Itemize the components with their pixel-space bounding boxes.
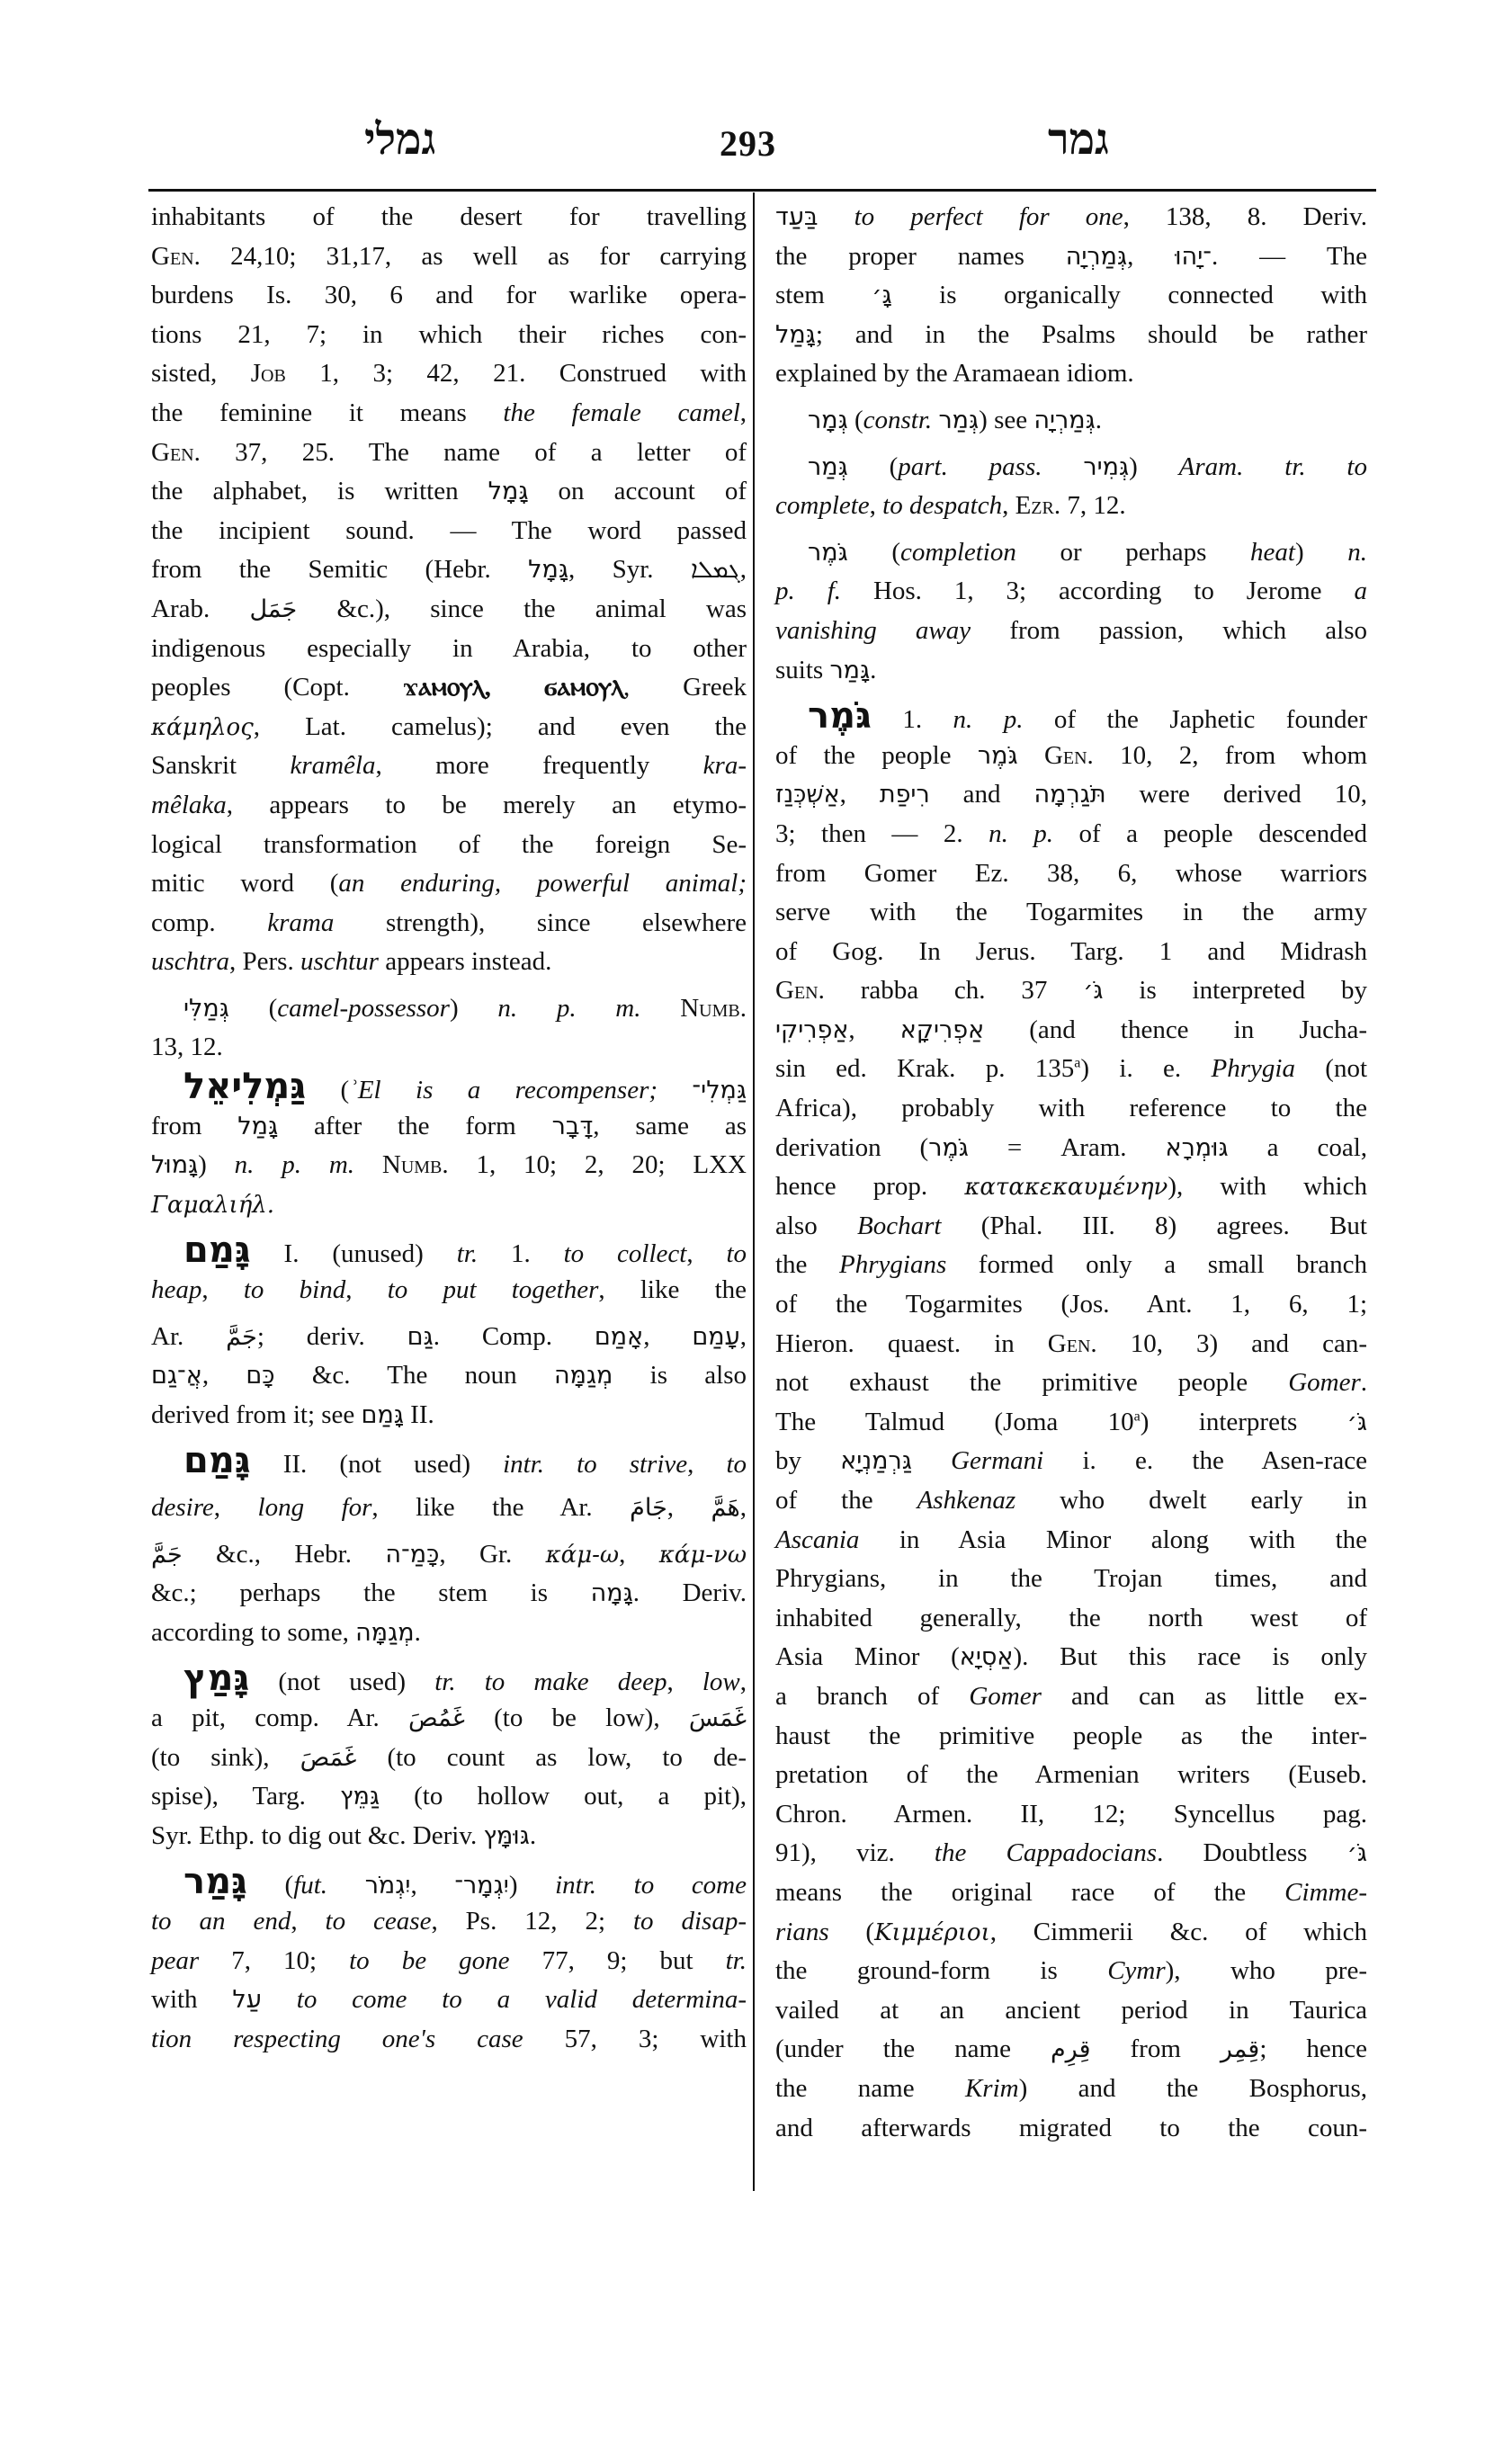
hebrew-word: גְּמִיר <box>1083 453 1129 481</box>
greek-word: Γαμαλιήλ. <box>151 1192 274 1219</box>
arabic-word: غَمُصَ <box>408 1704 465 1732</box>
italic-gloss: n. p. m. <box>497 994 640 1023</box>
hebrew-word: עָמַם <box>692 1323 739 1351</box>
italic-gloss: the female camel <box>503 398 739 427</box>
text-line: (under the name قِرِم from قِمِر; hence <box>775 2030 1367 2070</box>
text-run: , Cimmerii &c. of which <box>990 1918 1367 1946</box>
text-line: אַשְׁכְּנַז, רִיפַת and תֹּגַרְמָה were … <box>775 775 1367 815</box>
text-line: Hieron. quaest. in Gen. 10, 3) and can- <box>775 1325 1367 1364</box>
text-line: גָּמַם II. (not used) intr. to strive, t… <box>151 1442 747 1481</box>
text-run: the feminine it means <box>151 398 503 427</box>
text-run: , Greek <box>623 673 747 702</box>
text-line: from גָּמַל after the form דָּבָר, same … <box>151 1107 747 1147</box>
dictionary-page: גמלי 293 גמר inhabitants of the desert f… <box>0 0 1512 2450</box>
italic-gloss: to put together <box>388 1275 599 1304</box>
text-line: to an end, to cease, Ps. 12, 2; to disap… <box>151 1902 747 1942</box>
text-line: Africa), probably with reference to the <box>775 1089 1367 1129</box>
text-line: sisted, Job 1, 3; 42, 21. Construed with <box>151 354 747 394</box>
hebrew-word: אַשְׁכְּנַז <box>775 781 840 809</box>
text-line: tions 21, 7; in which their riches con- <box>151 316 747 355</box>
text-run: , <box>643 1322 692 1351</box>
text-run: . <box>415 1618 421 1647</box>
text-line: Sanskrit kramêla, more frequently kra- <box>151 747 747 786</box>
text-run: Hieron. quaest. in <box>775 1329 1048 1358</box>
hebrew-word: גַּמְלִי־ <box>692 1077 747 1104</box>
text-line: of the people גֹּמֶר Gen. 10, 2, from wh… <box>775 737 1367 776</box>
italic-gloss: Cimme- <box>1284 1878 1367 1907</box>
text-line: by גַּרְמַנְיָא Germani i. e. the Asen-r… <box>775 1442 1367 1481</box>
text-line: גְּמַר (part. pass. גְּמִיר) Aram. tr. t… <box>775 448 1367 487</box>
text-run: , <box>870 491 883 520</box>
text-run: of the <box>775 1486 917 1515</box>
text-run: in Asia Minor along with the <box>859 1525 1367 1554</box>
greek-word: κάμ-ω <box>546 1542 620 1569</box>
text-line: desire, long for, like the Ar. جَامَ, هَ… <box>151 1489 747 1528</box>
text-run: 57, 3; with <box>523 2025 747 2053</box>
hebrew-word: אַפְרִיקִי <box>775 1016 848 1044</box>
text-run: tions 21, 7; in which their riches con- <box>151 320 747 349</box>
italic-gloss: heap <box>151 1275 201 1304</box>
italic-gloss: tion respecting one's case <box>151 2025 523 2053</box>
text-run: is interpreted by <box>1104 976 1367 1005</box>
text-run: , same as <box>593 1112 747 1140</box>
text-run: the incipient sound. — The word passed <box>151 516 747 545</box>
arabic-word: غَمَسَ <box>689 1704 747 1732</box>
book-abbreviation: Numb. <box>382 1150 449 1179</box>
text-line: heap, to bind, to put together, like the <box>151 1271 747 1310</box>
text-run: derived from it; see <box>151 1400 362 1429</box>
text-line: from Gomer Ez. 38, 6, whose warriors <box>775 854 1367 894</box>
italic-gloss: kramêla <box>290 751 375 780</box>
hebrew-word: גֹּמֶר <box>808 539 848 567</box>
text-run: from Gomer Ez. 38, 6, whose warriors <box>775 859 1367 888</box>
text-line: suits גָּמַר. <box>775 651 1367 691</box>
italic-gloss: n. <box>1347 538 1367 567</box>
text-line: Γαμαλιήλ. <box>151 1185 747 1225</box>
text-line: of the Ashkenaz who dwelt early in <box>775 1481 1367 1521</box>
greek-word: κάμ-νω <box>659 1542 747 1569</box>
hebrew-word: ־יָהוּ <box>1175 243 1212 271</box>
italic-gloss: long for <box>258 1493 372 1522</box>
text-run: ( <box>247 1871 293 1900</box>
text-line: the feminine it means the female camel, <box>151 394 747 434</box>
arabic-word: جَمَّ <box>226 1323 257 1351</box>
text-run: and can as little ex- <box>1042 1682 1367 1711</box>
text-run: 13, 12. <box>151 1033 223 1061</box>
hebrew-word: גְּמַלִּי <box>183 995 229 1023</box>
text-line: The Talmud (Joma 10a) interprets גֹּ׳ <box>775 1403 1367 1443</box>
text-line: stem גָּ׳ is organically connected with <box>775 276 1367 316</box>
italic-gloss: n. p. <box>953 705 1024 734</box>
italic-gloss: to come to a valid determina- <box>297 1985 747 2014</box>
hebrew-word: גֹּ׳ <box>1347 1408 1367 1436</box>
italic-gloss: p. f. <box>775 577 841 605</box>
text-run: the ground-form is <box>775 1956 1107 1985</box>
text-line: Asia Minor (אַסְיָא). But this race is o… <box>775 1638 1367 1677</box>
text-run: &c.), since the animal was <box>297 595 747 623</box>
arabic-word: ܓܡܠܐ <box>691 556 740 584</box>
text-run: from <box>1091 2034 1221 2063</box>
text-run: , like the <box>598 1275 747 1304</box>
italic-gloss: krama <box>267 908 334 937</box>
italic-gloss: n. p. m. <box>235 1150 354 1179</box>
text-line: גָּמַל; and in the Psalms should be rath… <box>775 316 1367 355</box>
text-line: derivation (גֹּמֶר = Aram. גּוּמְרָא a c… <box>775 1129 1367 1168</box>
hebrew-word: גָּמַם <box>362 1401 404 1429</box>
hebrew-word: תֹּגַרְמָה <box>1034 781 1106 809</box>
greek-word: κάμηλος <box>151 714 254 741</box>
text-run: strength), since elsewhere <box>334 908 747 937</box>
italic-gloss: constr. <box>863 406 933 434</box>
text-run: 24,10; 31,17, as well as for carrying <box>201 242 747 271</box>
text-run: , Syr. <box>568 555 691 584</box>
italic-gloss: Bochart <box>857 1212 941 1240</box>
text-run: from the Semitic (Hebr. <box>151 555 528 584</box>
text-line: גָּמַם I. (unused) tr. 1. to collect, to <box>151 1231 747 1271</box>
text-line: 3; then — 2. n. p. of a people descended <box>775 815 1367 854</box>
text-run: pretation of the Armenian writers (Euseb… <box>775 1760 1367 1789</box>
hebrew-word: גֹּמֶר <box>978 742 1018 770</box>
text-line: a pit, comp. Ar. غَمُصَ (to be low), غَم… <box>151 1699 747 1739</box>
italic-gloss: part. pass. <box>898 452 1042 481</box>
text-run: the alphabet, is written <box>151 477 488 505</box>
hebrew-word: גָּמַר <box>829 657 870 684</box>
text-run: (to sink), <box>151 1743 300 1772</box>
text-line: comp. krama strength), since elsewhere <box>151 904 747 943</box>
text-run: Syr. Ethp. to dig out &c. Deriv. <box>151 1821 483 1850</box>
italic-gloss: a <box>1355 577 1368 605</box>
hebrew-word: גָּמָה <box>591 1579 633 1607</box>
text-run: and <box>930 780 1034 809</box>
running-head: גמלי 293 גמר <box>148 115 1376 178</box>
book-abbreviation: Gen. <box>1044 741 1094 770</box>
text-run <box>658 1076 692 1104</box>
hebrew-word: דָּבָר <box>552 1113 594 1140</box>
italic-gloss: Phrygians <box>839 1250 946 1279</box>
hebrew-word: יִגְמֹר <box>365 1872 411 1900</box>
text-run: peoples (Copt. <box>151 673 403 702</box>
italic-gloss: low <box>702 1668 740 1696</box>
text-run <box>641 994 681 1023</box>
text-run: ( <box>848 406 863 434</box>
text-run: (Phal. III. 8) agrees. But <box>941 1212 1367 1240</box>
text-run: 1, 10; 2, 20; LXX <box>449 1150 747 1179</box>
italic-gloss: to an end <box>151 1907 291 1936</box>
text-run: a coal, <box>1229 1133 1367 1162</box>
text-run: ϫⲁⲙⲟⲩⲗ, ϭⲁⲙⲟⲩⲗ <box>403 673 623 702</box>
text-line: the ground-form is Cymr), who pre- <box>775 1952 1367 1991</box>
text-line: spise), Targ. גַּמֵּץ (to hollow out, a … <box>151 1777 747 1817</box>
text-run: ), who pre- <box>1166 1956 1367 1985</box>
book-abbreviation: Job <box>251 359 286 388</box>
text-run: mitic word ( <box>151 869 338 898</box>
text-run: a pit, comp. Ar. <box>151 1703 408 1732</box>
text-run: The Talmud (Joma 10 <box>775 1408 1134 1436</box>
italic-gloss: intr. to strive <box>503 1450 687 1479</box>
text-line: בַּעַד to perfect for one, 138, 8. Deriv… <box>775 198 1367 237</box>
text-line: from the Semitic (Hebr. גָּמָל, Syr. ܓܡܠ… <box>151 550 747 590</box>
italic-gloss: n. p. <box>989 819 1053 848</box>
hebrew-word: גָּמַץ <box>183 1658 249 1699</box>
italic-gloss: pear <box>151 1946 199 1975</box>
text-run: (to hollow out, a pit), <box>380 1782 747 1811</box>
text-run: , <box>740 555 747 584</box>
book-abbreviation: Numb. <box>680 994 747 1023</box>
text-run: formed only a small branch <box>946 1250 1367 1279</box>
text-run: haust the primitive people as the inter- <box>775 1721 1367 1750</box>
text-line: גֹּמֶר (completion or perhaps heat) n. <box>775 533 1367 573</box>
text-run: , <box>687 1450 726 1479</box>
text-line: גָּמוּל) n. p. m. Numb. 1, 10; 2, 20; LX… <box>151 1146 747 1185</box>
text-run: rabba ch. 37 <box>825 976 1083 1005</box>
text-run: means the original race of the <box>775 1878 1284 1907</box>
text-line: אַפְרִיקִי, אַפְרִיקָא (and thence in Ju… <box>775 1011 1367 1051</box>
text-line: גָּמַץ (not used) tr. to make deep, low, <box>151 1659 747 1699</box>
text-line: the incipient sound. — The word passed <box>151 512 747 551</box>
column-divider <box>753 192 755 2191</box>
text-run: . <box>1361 1368 1367 1397</box>
text-run <box>1042 452 1084 481</box>
text-run: derivation ( <box>775 1133 928 1162</box>
text-line: جَمَّ &c., Hebr. כָּמַ־ה, Gr. κάμ-ω, κάμ… <box>151 1535 747 1575</box>
text-run: , <box>686 1239 726 1268</box>
text-run: Sanskrit <box>151 751 290 780</box>
text-run: of the Japhetic founder <box>1023 705 1367 734</box>
text-run: 77, 9; but <box>510 1946 726 1975</box>
italic-gloss: Germani <box>951 1446 1043 1475</box>
text-line: explained by the Aramaean idiom. <box>775 354 1367 394</box>
text-line: p. f. Hos. 1, 3; according to Jerome a <box>775 572 1367 612</box>
text-run: (not used) <box>249 1668 434 1696</box>
text-line: hence prop. κατακεκαυμένην), with which <box>775 1167 1367 1207</box>
text-run: 3; then — 2. <box>775 819 989 848</box>
text-run: ) <box>450 994 497 1023</box>
text-line: serve with the Togarmites in the army <box>775 893 1367 933</box>
italic-gloss: rians <box>775 1918 829 1946</box>
text-line: with עַל to come to a valid determina- <box>151 1981 747 2020</box>
text-line: 91), viz. the Cappadocians. Doubtless גֹ… <box>775 1834 1367 1873</box>
italic-gloss: fut. <box>293 1871 327 1900</box>
text-run: not exhaust the primitive people <box>775 1368 1288 1397</box>
text-run: the <box>775 1250 839 1279</box>
text-run: ) and the Bosphorus, <box>1019 2074 1367 2103</box>
text-run: ; deriv. <box>257 1322 407 1351</box>
text-line: rians (Κιμμέριοι, Cimmerii &c. of which <box>775 1913 1367 1953</box>
text-run: burdens Is. 30, 6 and for warlike opera- <box>151 281 747 309</box>
text-run: 7, 10; <box>199 1946 349 1975</box>
text-line: גֹּמֶר 1. n. p. of the Japhetic founder <box>775 697 1367 737</box>
text-line: burdens Is. 30, 6 and for warlike opera- <box>151 276 747 316</box>
hebrew-word: אָמַם <box>595 1323 643 1351</box>
text-line: vanishing away from passion, which also <box>775 612 1367 651</box>
italic-gloss: Phrygia <box>1212 1054 1295 1083</box>
hebrew-word: גַּם <box>407 1323 434 1351</box>
italic-gloss: ʾEl is a recompenser; <box>349 1076 658 1104</box>
text-run: the name <box>775 2074 965 2103</box>
italic-gloss: Gomer <box>1288 1368 1361 1397</box>
book-abbreviation: Gen. <box>151 438 201 467</box>
hebrew-word: גָּמָל <box>528 556 568 584</box>
hebrew-word: גָּמַל <box>775 321 816 349</box>
text-run: serve with the Togarmites in the army <box>775 898 1367 926</box>
text-line: Ascania in Asia Minor along with the <box>775 1521 1367 1560</box>
text-run: of a people descended <box>1053 819 1367 848</box>
text-run: who dwelt early in <box>1015 1486 1367 1515</box>
hebrew-word: גָּ׳ <box>872 282 891 309</box>
text-run: &c.; perhaps the stem is <box>151 1578 591 1607</box>
text-run: appears instead. <box>379 947 551 976</box>
hebrew-word: גָּמַל <box>237 1113 278 1140</box>
greek-word: κατακεκαυμένην <box>964 1174 1168 1201</box>
hebrew-word: יִגְמָר־ <box>454 1872 509 1900</box>
text-line: גָּמַר (fut. יִגְמֹר, יִגְמָר־) intr. to… <box>151 1863 747 1902</box>
text-line: 13, 12. <box>151 1028 747 1068</box>
text-run: 37, 25. The name of a letter of <box>201 438 747 467</box>
text-run: , <box>667 1493 711 1522</box>
text-line: derived from it; see גָּמַם II. <box>151 1396 747 1435</box>
hebrew-word: גְּמַר <box>938 407 979 434</box>
text-run: spise), Targ. <box>151 1782 340 1811</box>
text-run: ; and in the Psalms should be rather <box>816 320 1367 349</box>
text-run: 7, 12. <box>1060 491 1126 520</box>
text-run: , Gr. <box>439 1540 545 1569</box>
text-run: II. (not used) <box>251 1450 503 1479</box>
text-line: &c.; perhaps the stem is גָּמָה. Deriv. <box>151 1574 747 1614</box>
text-run: 91), viz. <box>775 1838 935 1867</box>
italic-gloss: camel-possessor <box>277 994 450 1023</box>
text-line: tion respecting one's case 57, 3; with <box>151 2020 747 2060</box>
text-run: ; hence <box>1259 2034 1367 2063</box>
hebrew-word: גְּמַרְיָה <box>1066 243 1127 271</box>
hebrew-word: גָּמוּל <box>151 1151 198 1179</box>
hebrew-word: גַּרְמַנְיָא <box>840 1447 912 1475</box>
text-line: also Bochart (Phal. III. 8) agrees. But <box>775 1207 1367 1247</box>
text-line: the proper names גְּמַרְיָה, ־יָהוּ. — T… <box>775 237 1367 277</box>
text-line: means the original race of the Cimme- <box>775 1873 1367 1913</box>
hebrew-word: מְגַמָּה <box>355 1619 414 1647</box>
italic-gloss: intr. to come <box>555 1871 747 1900</box>
text-run: ) <box>198 1150 235 1179</box>
text-line: mêlaka, appears to be merely an etymo- <box>151 786 747 826</box>
text-line: peoples (Copt. ϫⲁⲙⲟⲩⲗ, ϭⲁⲙⲟⲩⲗ, Greek <box>151 668 747 708</box>
text-run <box>819 202 854 231</box>
text-run: . <box>870 656 876 684</box>
text-line: and afterwards migrated to the coun- <box>775 2109 1367 2149</box>
text-run: and afterwards migrated to the coun- <box>775 2114 1367 2142</box>
text-run: , more frequently <box>375 751 702 780</box>
italic-gloss: an enduring, powerful animal; <box>338 869 747 898</box>
hebrew-word: גְּמַר <box>808 453 848 481</box>
italic-gloss: completion <box>900 538 1016 567</box>
italic-gloss: Cymr <box>1107 1956 1165 1985</box>
text-run: Hos. 1, 3; according to Jerome <box>841 577 1355 605</box>
text-run: , like the Ar. <box>371 1493 630 1522</box>
text-run: (not <box>1295 1054 1367 1083</box>
hebrew-word: כָּם <box>246 1362 274 1390</box>
text-run: also <box>775 1212 857 1240</box>
text-run: , <box>848 1015 899 1044</box>
italic-gloss: tr. <box>457 1239 478 1268</box>
text-line: a branch of Gomer and can as little ex- <box>775 1677 1367 1717</box>
hebrew-word: אַפְרִיקָא <box>900 1016 984 1044</box>
text-line: mitic word (an enduring, powerful animal… <box>151 864 747 904</box>
text-line: logical transformation of the foreign Se… <box>151 826 747 865</box>
text-run: or perhaps <box>1016 538 1250 567</box>
text-run: , <box>410 1871 454 1900</box>
hebrew-word: כָּמַ־ה <box>385 1541 439 1569</box>
hebrew-word: גּוּמָּץ <box>483 1822 529 1850</box>
text-run <box>327 1871 365 1900</box>
italic-gloss: desire <box>151 1493 214 1522</box>
hebrew-word: גּוּמְרָא <box>1166 1134 1229 1162</box>
text-line: pear 7, 10; to be gone 77, 9; but tr. <box>151 1942 747 1981</box>
text-run: 10, 2, from whom <box>1094 741 1367 770</box>
hebrew-word: אַסְיָא <box>960 1643 1014 1671</box>
text-run: ) <box>1295 538 1347 567</box>
text-run: (to count as low, to de- <box>356 1743 747 1772</box>
text-line: sin ed. Krak. p. 135a) i. e. Phrygia (no… <box>775 1050 1367 1089</box>
text-run: a branch of <box>775 1682 969 1711</box>
text-run: , <box>1002 491 1015 520</box>
hebrew-word: גַּמְלִיאֵל <box>183 1066 306 1107</box>
arabic-word: جَمَّ <box>151 1541 183 1569</box>
text-line: the alphabet, is written גָּמָל on accou… <box>151 472 747 512</box>
text-run: , <box>840 780 880 809</box>
italic-gloss: kra- <box>703 751 747 780</box>
text-line: Gen. rabba ch. 37 גֹּ׳ is interpreted by <box>775 971 1367 1011</box>
text-line: Syr. Ethp. to dig out &c. Deriv. גּוּמָּ… <box>151 1817 747 1856</box>
italic-gloss: tr. <box>726 1946 747 1975</box>
italic-gloss: to despatch <box>882 491 1002 520</box>
text-line: גְּמַלִּי (camel-possessor) n. p. m. Num… <box>151 989 747 1029</box>
text-line: אֲ־גַם, כָּם &c. The noun מְגַמָּה is al… <box>151 1356 747 1396</box>
text-run: , Lat. camelus); and even the <box>254 712 747 741</box>
text-run: after the form <box>278 1112 552 1140</box>
book-abbreviation: Gen. <box>151 242 201 271</box>
arabic-word: جَمَل <box>249 595 297 623</box>
text-line: the name Krim) and the Bosphorus, <box>775 2070 1367 2109</box>
text-line: (to sink), غَمَصَ (to count as low, to d… <box>151 1739 747 1778</box>
hebrew-word: גְּמָר <box>808 407 848 434</box>
text-run: , 138, 8. Deriv. <box>1123 202 1367 231</box>
italic-gloss: to perfect for one <box>854 202 1123 231</box>
hebrew-word: גַּמֵּץ <box>340 1783 380 1811</box>
text-run: the proper names <box>775 242 1066 271</box>
text-run <box>912 1446 951 1475</box>
text-line: inhabited generally, the north west of <box>775 1599 1367 1639</box>
text-run: ) interprets <box>1141 1408 1347 1436</box>
text-run: were derived 10, <box>1106 780 1367 809</box>
text-run: by <box>775 1446 840 1475</box>
text-run: ( <box>848 452 899 481</box>
hebrew-word: גֹּמֶר <box>928 1134 969 1162</box>
text-run: &c., Hebr. <box>183 1540 386 1569</box>
text-run: inhabitants of the desert for travelling <box>151 202 747 231</box>
hebrew-word: גֹּמֶר <box>808 695 872 737</box>
text-run: , <box>1127 242 1175 271</box>
text-run: is organically connected with <box>892 281 1367 309</box>
text-run: I. (unused) <box>251 1239 457 1268</box>
text-line: Ar. جَمَّ; deriv. גַּם. Comp. אָמַם, עָמ… <box>151 1318 747 1357</box>
text-run: ( <box>229 994 277 1023</box>
text-line: Gen. 24,10; 31,17, as well as for carryi… <box>151 237 747 277</box>
text-run: ( <box>848 538 900 567</box>
text-run: comp. <box>151 908 267 937</box>
text-run: . <box>530 1821 536 1850</box>
left-column: inhabitants of the desert for travelling… <box>151 198 747 2059</box>
text-run: , Pers. <box>229 947 300 976</box>
text-line: complete, to despatch, Ezr. 7, 12. <box>775 487 1367 526</box>
